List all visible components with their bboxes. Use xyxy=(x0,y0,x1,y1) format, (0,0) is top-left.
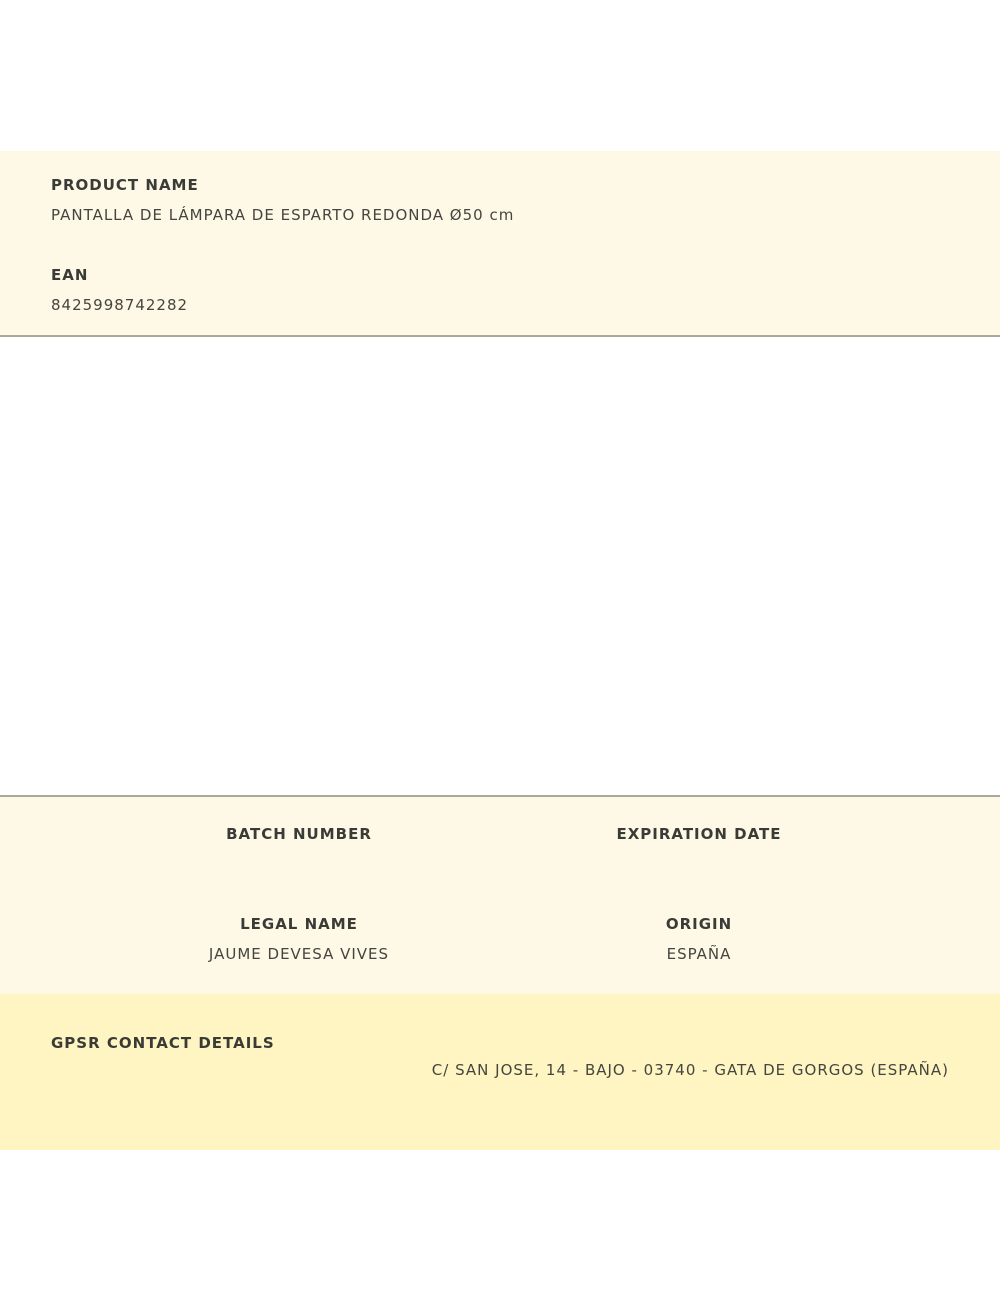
legal-name-label: LEGAL NAME xyxy=(240,915,358,933)
batch-number-label: BATCH NUMBER xyxy=(226,825,372,843)
gpsr-contact-label: GPSR CONTACT DETAILS xyxy=(51,1034,275,1052)
details-section: BATCH NUMBER EXPIRATION DATE LEGAL NAME … xyxy=(0,795,1000,996)
ean-label: EAN xyxy=(51,266,88,284)
gpsr-section: GPSR CONTACT DETAILS C/ SAN JOSE, 14 - B… xyxy=(0,994,1000,1150)
origin-value: ESPAÑA xyxy=(667,945,732,963)
product-name-value: PANTALLA DE LÁMPARA DE ESPARTO REDONDA Ø… xyxy=(51,206,514,224)
product-name-label: PRODUCT NAME xyxy=(51,176,199,194)
legal-name-value: JAUME DEVESA VIVES xyxy=(209,945,389,963)
product-info-section: PRODUCT NAME PANTALLA DE LÁMPARA DE ESPA… xyxy=(0,151,1000,337)
origin-label: ORIGIN xyxy=(666,915,732,933)
gpsr-address: C/ SAN JOSE, 14 - BAJO - 03740 - GATA DE… xyxy=(432,1061,949,1079)
ean-value: 8425998742282 xyxy=(51,296,188,314)
expiration-date-label: EXPIRATION DATE xyxy=(616,825,781,843)
